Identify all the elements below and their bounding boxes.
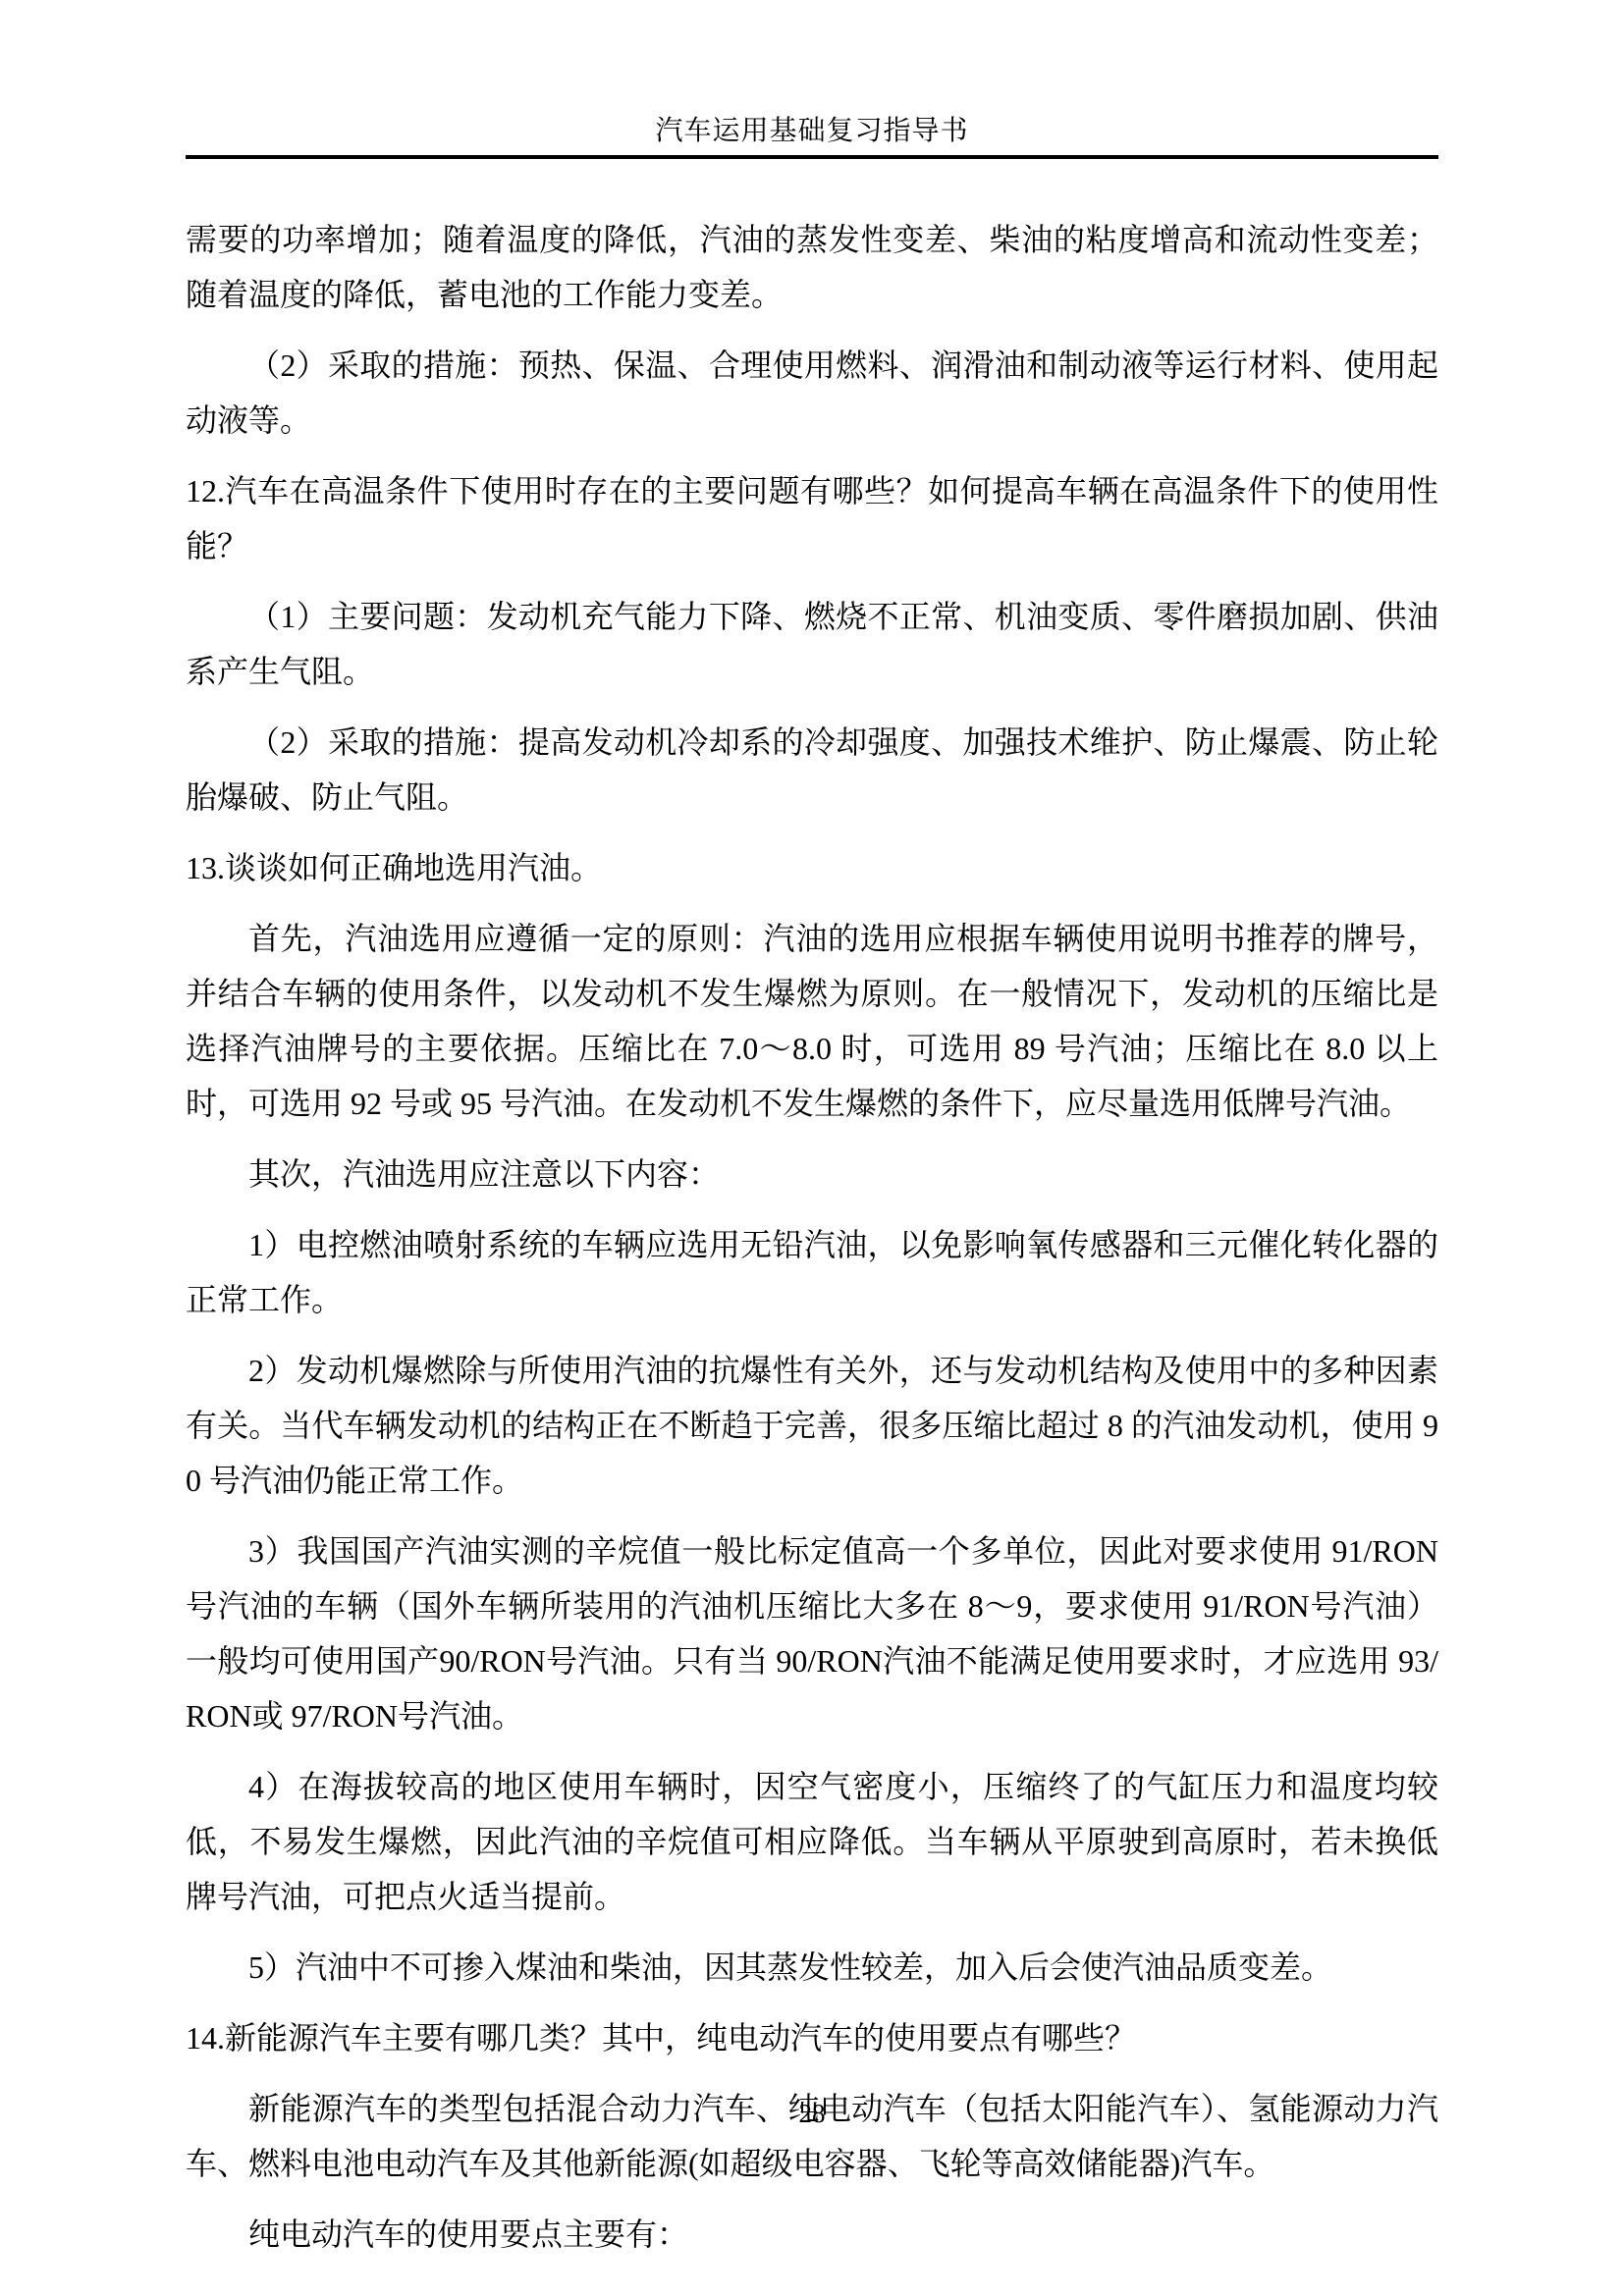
paragraph: 需要的功率增加；随着温度的降低，汽油的蒸发性变差、柴油的粘度增高和流动性变差；随… xyxy=(186,212,1438,322)
page-footer: 28 xyxy=(0,2099,1624,2129)
paragraph: 14.新能源汽车主要有哪几类？其中，纯电动汽车的使用要点有哪些？ xyxy=(186,2010,1438,2065)
paragraph: 1）电控燃油喷射系统的车辆应选用无铅汽油，以免影响氧传感器和三元催化转化器的正常… xyxy=(186,1217,1438,1327)
paragraph: 其次，汽油选用应注意以下内容： xyxy=(186,1147,1438,1201)
paragraph: 5）汽油中不可掺入煤油和柴油，因其蒸发性较差，加入后会使汽油品质变差。 xyxy=(186,1940,1438,1995)
paragraph: （2）采取的措施：提高发动机冷却系的冷却强度、加强技术维护、防止爆震、防止轮胎爆… xyxy=(186,715,1438,825)
document-body: 需要的功率增加；随着温度的降低，汽油的蒸发性变差、柴油的粘度增高和流动性变差；随… xyxy=(186,159,1438,2262)
paragraph: 13.谈谈如何正确地选用汽油。 xyxy=(186,840,1438,895)
page-header: 汽车运用基础复习指导书 xyxy=(186,0,1438,159)
page-number: 28 xyxy=(799,2099,826,2128)
page-header-title: 汽车运用基础复习指导书 xyxy=(186,116,1438,146)
paragraph: 12.汽车在高温条件下使用时存在的主要问题有哪些？如何提高车辆在高温条件下的使用… xyxy=(186,463,1438,573)
paragraph: 2）发动机爆燃除与所使用汽油的抗爆性有关外，还与发动机结构及使用中的多种因素有关… xyxy=(186,1343,1438,1508)
paragraph: 新能源汽车的类型包括混合动力汽车、纯电动汽车（包括太阳能汽车）、氢能源动力汽车、… xyxy=(186,2081,1438,2191)
paragraph: 4）在海拔较高的地区使用车辆时，因空气密度小，压缩终了的气缸压力和温度均较低，不… xyxy=(186,1759,1438,1924)
paragraph: （2）采取的措施：预热、保温、合理使用燃料、润滑油和制动液等运行材料、使用起动液… xyxy=(186,338,1438,448)
paragraph: 纯电动汽车的使用要点主要有： xyxy=(186,2207,1438,2262)
paragraph: 3）我国国产汽油实测的辛烷值一般比标定值高一个多单位，因此对要求使用 91/RO… xyxy=(186,1523,1438,1743)
document-page: 汽车运用基础复习指导书 需要的功率增加；随着温度的降低，汽油的蒸发性变差、柴油的… xyxy=(0,0,1624,2296)
paragraph: 首先，汽油选用应遵循一定的原则：汽油的选用应根据车辆使用说明书推荐的牌号，并结合… xyxy=(186,911,1438,1131)
paragraph: （1）主要问题：发动机充气能力下降、燃烧不正常、机油变质、零件磨损加剧、供油系产… xyxy=(186,589,1438,699)
